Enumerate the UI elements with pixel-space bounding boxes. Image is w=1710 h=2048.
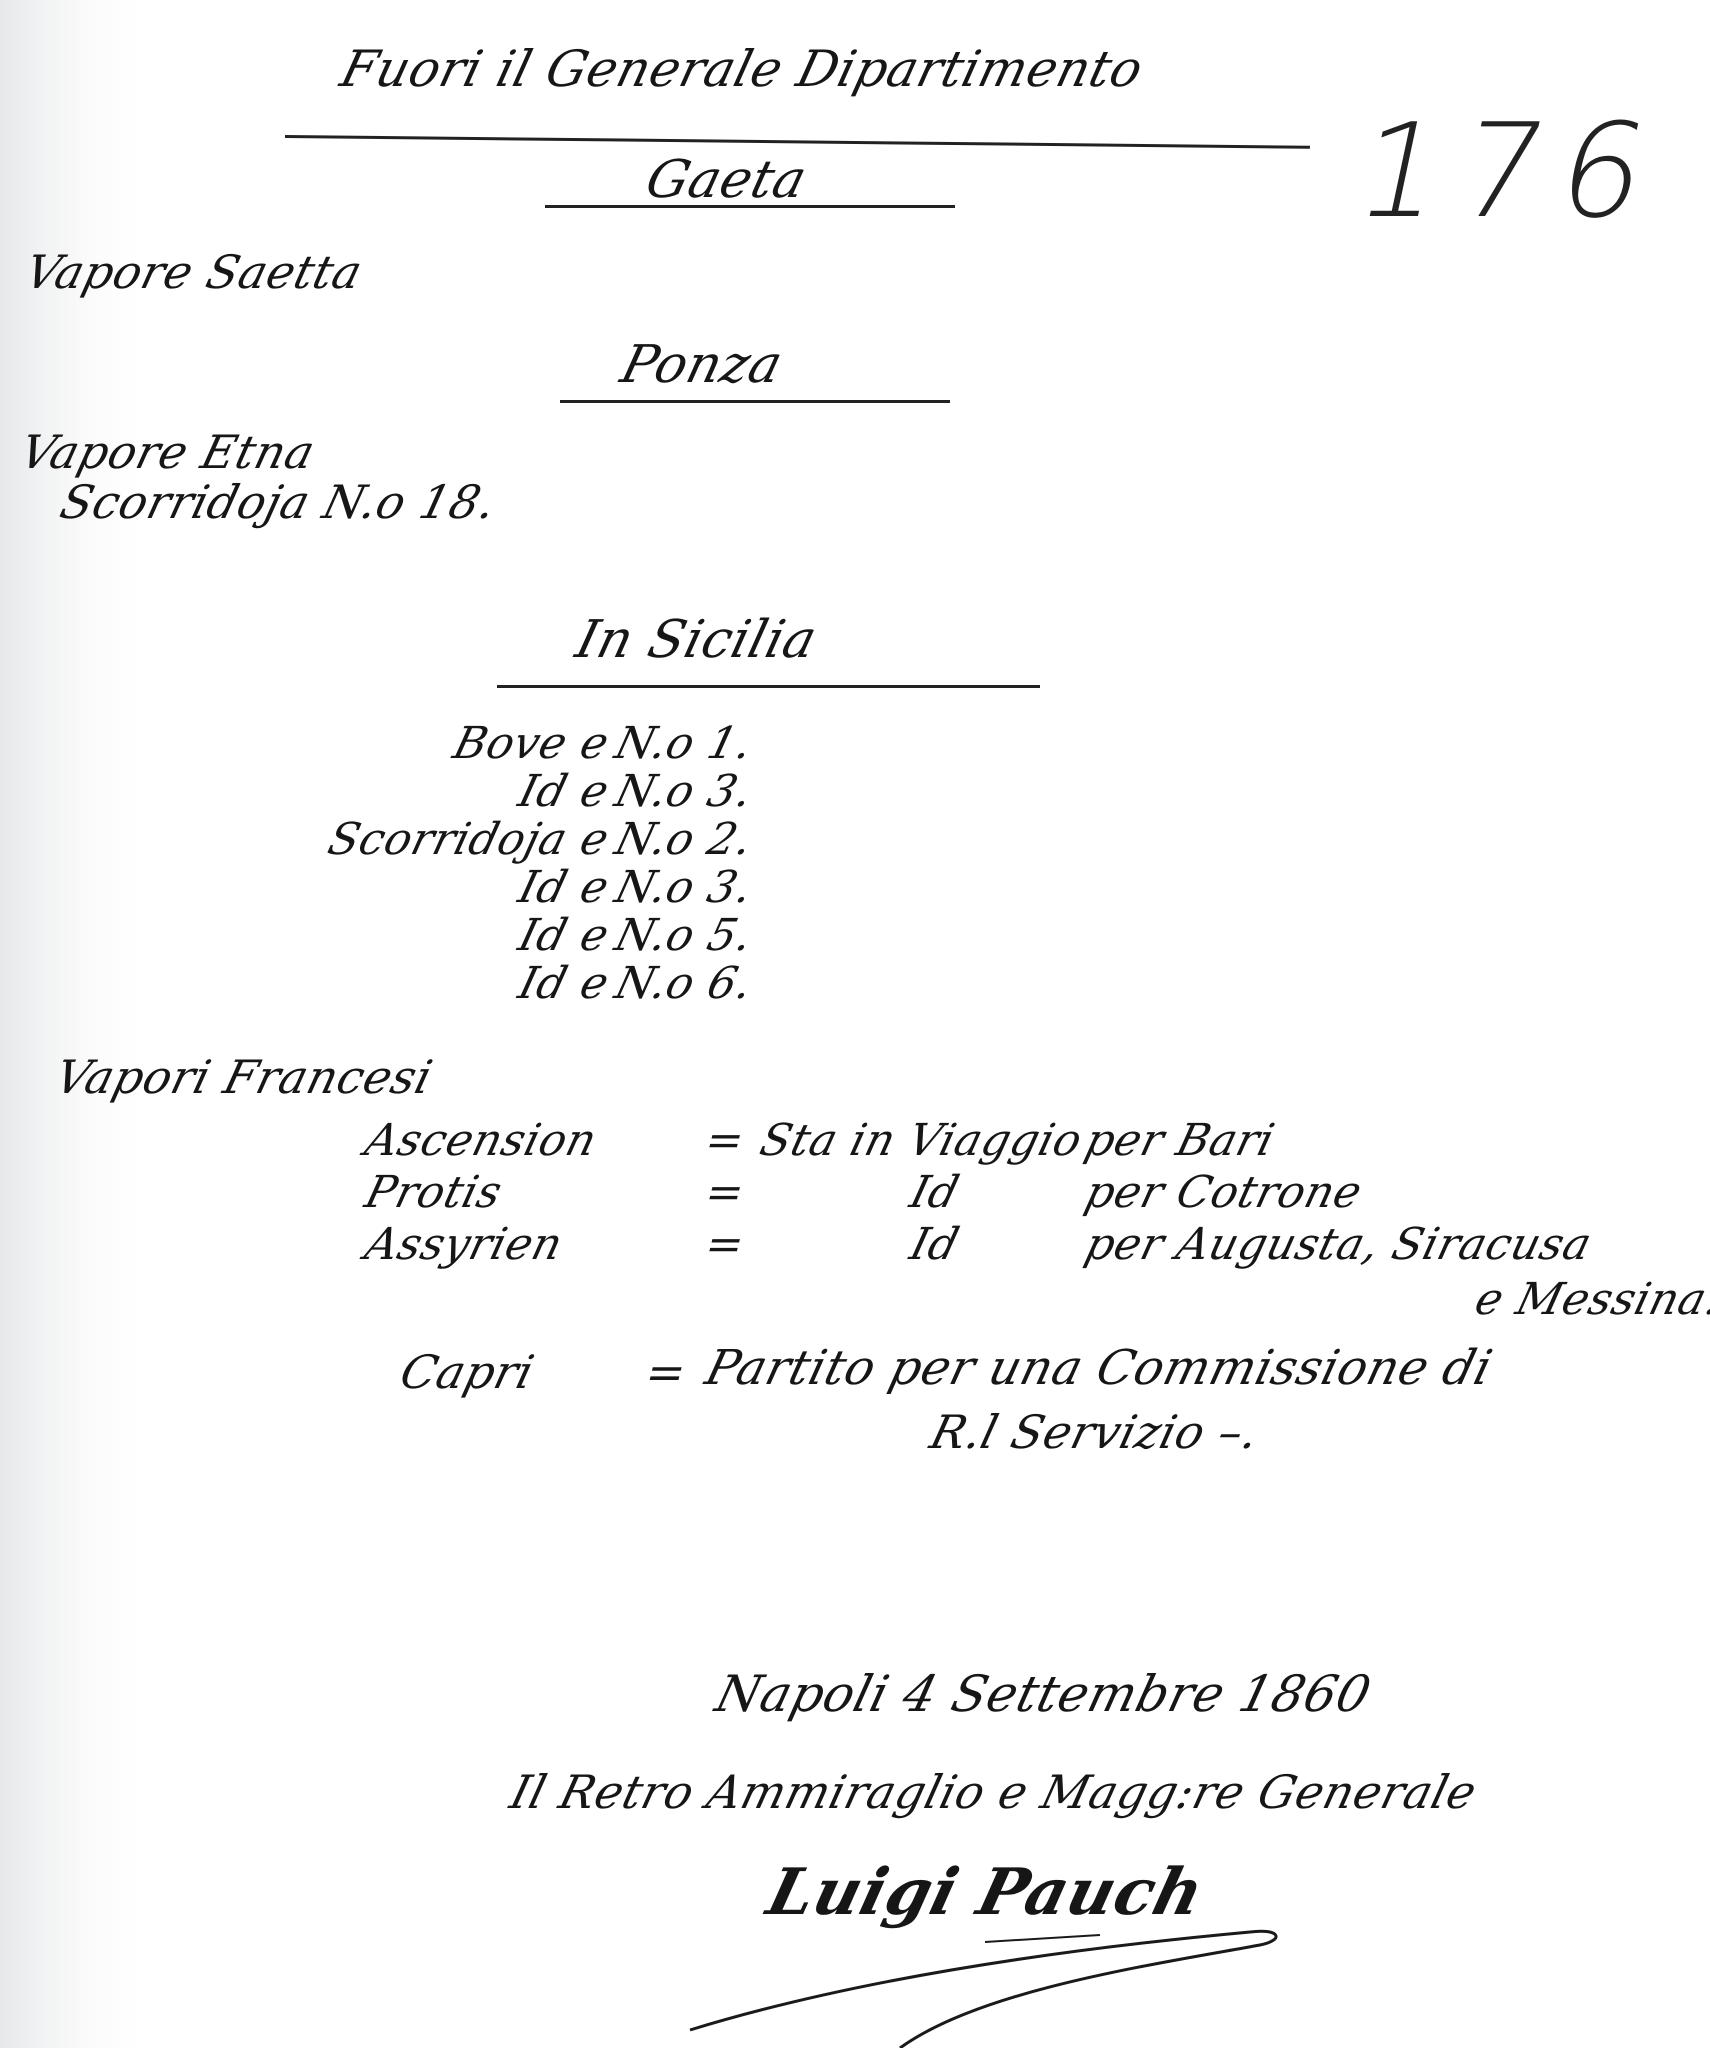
signature: Luigi Pauch bbox=[760, 1855, 1211, 1930]
steamer-destination-cont: e Messina. bbox=[1470, 1274, 1710, 1325]
french-steamer-row: Protis=Idper Cotrone bbox=[360, 1167, 1700, 1227]
header-rule bbox=[285, 135, 1310, 149]
vessel-number: N.o 2. bbox=[610, 814, 758, 865]
french-steamers-label: Vapori Francesi bbox=[50, 1050, 438, 1104]
capri-text-cont: R.l Servizio –. bbox=[925, 1405, 1265, 1459]
vessel-name: Id bbox=[300, 766, 573, 817]
place-date: Napoli 4 Settembre 1860 bbox=[710, 1665, 1377, 1723]
steamer-name: Ascension bbox=[360, 1115, 602, 1166]
section-heading-ponza: Ponza bbox=[615, 335, 789, 395]
vessel-number: N.o 3. bbox=[610, 766, 758, 817]
steamer-status: Id bbox=[905, 1167, 964, 1218]
in-sicilia-rule bbox=[497, 685, 1040, 688]
document-header: Fuori il Generale Dipartimento bbox=[335, 40, 1149, 98]
vessel-name: Scorridoja bbox=[300, 814, 573, 865]
french-steamer-row: Assyrien=Idper Augusta, Siracusae Messin… bbox=[360, 1219, 1700, 1279]
french-steamer-row: Ascension=Sta in Viaggioper Bari bbox=[360, 1115, 1700, 1175]
vessel-number: N.o 5. bbox=[610, 910, 758, 961]
vessel-conj: e bbox=[575, 814, 614, 865]
vessel-conj: e bbox=[575, 862, 614, 913]
steamer-name: Assyrien bbox=[360, 1219, 568, 1270]
ponza-rule bbox=[560, 400, 950, 403]
vessel-name: Bove bbox=[300, 718, 573, 769]
entry-scorridoja-18: Scorridoja N.o 18. bbox=[55, 475, 502, 529]
signatory-title: Il Retro Ammiraglio e Magg:re Generale bbox=[505, 1765, 1482, 1819]
entry-vapore-etna: Vapore Etna bbox=[15, 425, 320, 479]
steamer-status: Sta in Viaggio bbox=[755, 1115, 1087, 1166]
gaeta-rule bbox=[545, 205, 955, 208]
steamer-name: Protis bbox=[360, 1167, 507, 1218]
vessel-number: N.o 3. bbox=[610, 862, 758, 913]
entry-vapore-saetta: Vapore Saetta bbox=[20, 245, 368, 299]
section-heading-gaeta: Gaeta bbox=[640, 150, 813, 210]
steamer-destination: per Bari bbox=[1080, 1115, 1280, 1166]
vessel-name: Id bbox=[300, 910, 573, 961]
signature-flourish bbox=[0, 0, 1710, 2048]
steamer-destination: per Augusta, Siracusa bbox=[1080, 1219, 1597, 1270]
vessel-name: Id bbox=[300, 862, 573, 913]
vessel-conj: e bbox=[575, 910, 614, 961]
steamer-status: Id bbox=[905, 1219, 964, 1270]
vessel-number: N.o 6. bbox=[610, 958, 758, 1009]
capri-name: Capri bbox=[395, 1345, 540, 1399]
vessel-conj: e bbox=[575, 958, 614, 1009]
page-number: 176 bbox=[1344, 95, 1678, 247]
vessel-number: N.o 1. bbox=[610, 718, 758, 769]
equals-sign: = bbox=[700, 1167, 750, 1218]
vessel-conj: e bbox=[575, 766, 614, 817]
vessel-conj: e bbox=[575, 718, 614, 769]
vessel-name: Id bbox=[300, 958, 573, 1009]
section-heading-in-sicilia: In Sicilia bbox=[570, 610, 823, 670]
list-item: IdeN.o 6. bbox=[300, 958, 780, 1014]
capri-text: Partito per una Commissione di bbox=[700, 1340, 1498, 1396]
capri-eq: = bbox=[640, 1345, 693, 1399]
equals-sign: = bbox=[700, 1219, 750, 1270]
equals-sign: = bbox=[700, 1115, 750, 1166]
steamer-destination: per Cotrone bbox=[1080, 1167, 1367, 1218]
